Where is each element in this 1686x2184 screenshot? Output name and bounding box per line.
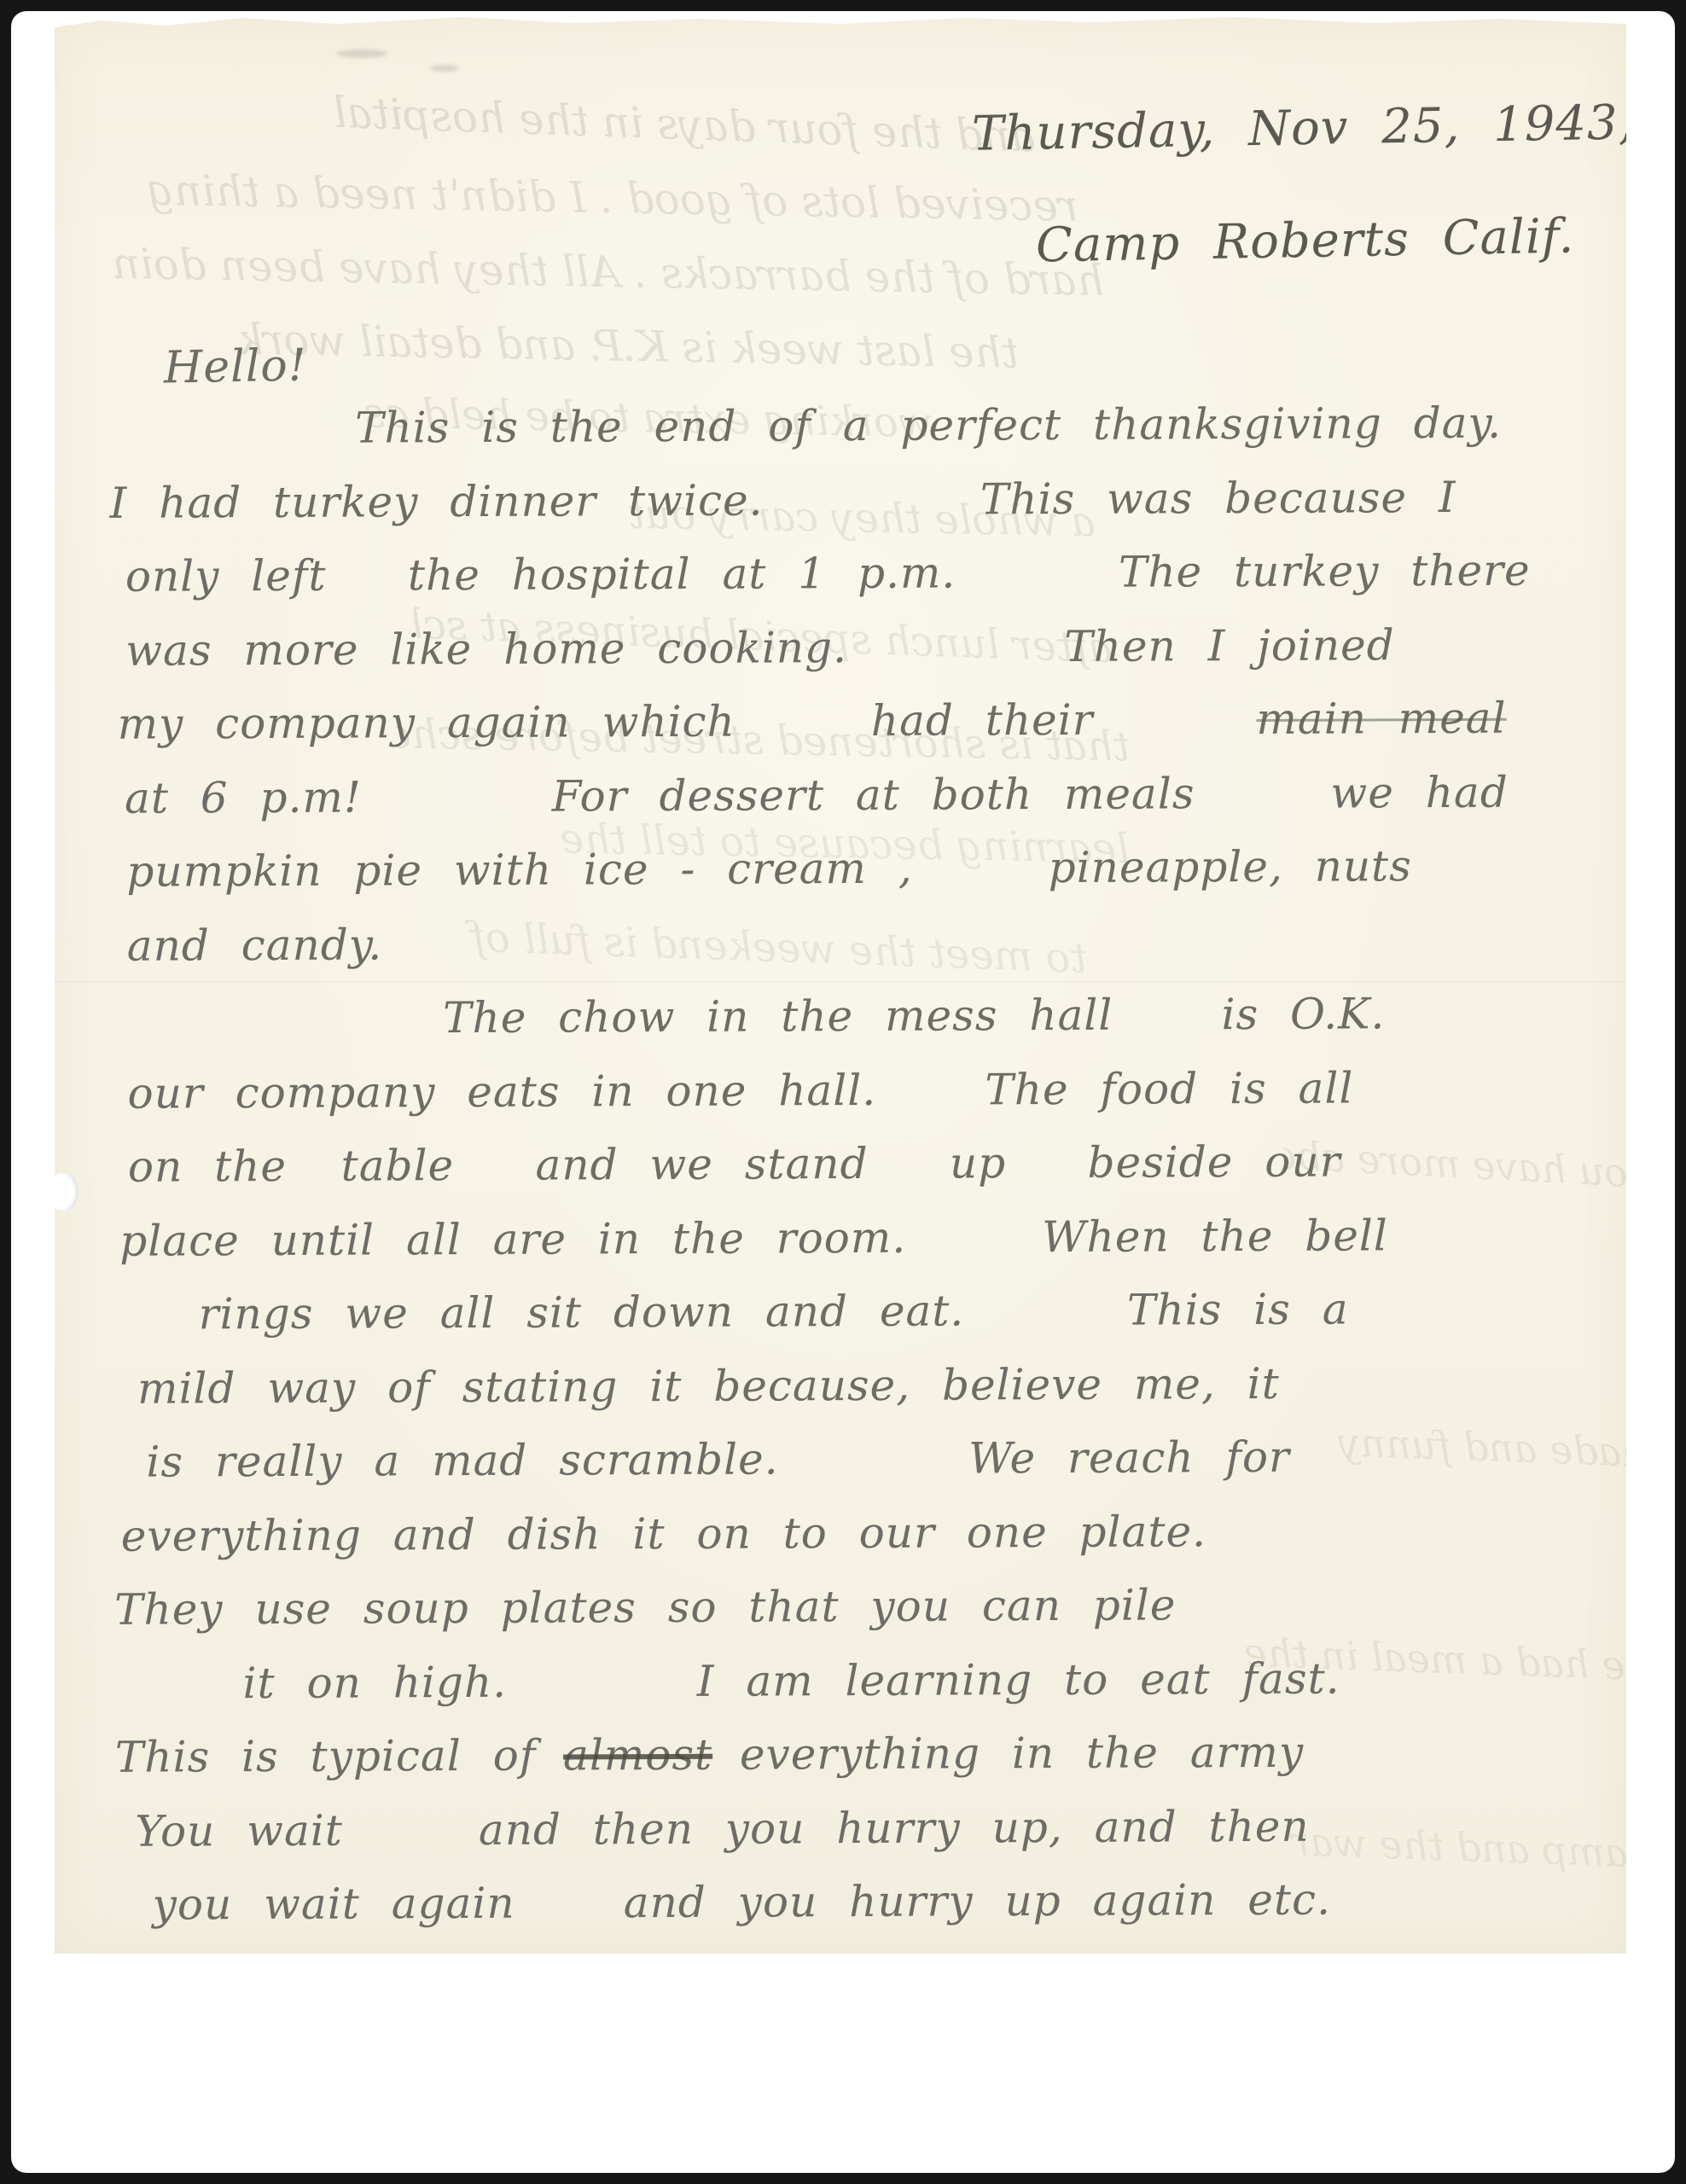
letter-text: only left [125,551,327,601]
letter-greeting: Hello! [163,340,307,394]
letter-text: pumpkin pie with ice - cream , [126,844,912,897]
letter-line: everything and dish it on to our one pla… [121,1505,1611,1585]
letter-text: my company again which [118,697,735,749]
letter-text: This is typical of [115,1731,537,1782]
letter-text: is O.K. [1221,989,1385,1039]
letter-place: Camp Roberts Calif. [1035,208,1574,273]
letter-text: everything and dish it on to our one pla… [121,1507,1206,1561]
letter-line: I had turkey dinner twice.This was becau… [109,472,1606,552]
letter-text: beside our [1087,1137,1340,1188]
letter-paper: and the four days in the hospitalreceive… [55,15,1626,1954]
bleedthrough-fragment: received lots of good . I didn't need a … [123,165,1079,231]
letter-line: This is typical ofalmosteverything in th… [115,1726,1612,1806]
letter-line: our company eats in one hall.The food is… [127,1062,1608,1142]
letter-line: it on high.I am learning to eat fast. [242,1653,1611,1732]
letter-text: we had [1330,767,1509,817]
letter-text: and we stand [535,1139,868,1190]
letter-body: This is the end of a perfect thanksgivin… [109,398,1613,1954]
pencil-smudge [430,65,459,72]
letter-line: You waitand then you hurry up, and then [135,1800,1612,1880]
letter-text: This is the end of a perfect thanksgivin… [355,398,1502,453]
letter-text: and candy. [127,920,383,970]
letter-text: on the [128,1141,287,1192]
pencil-smudge [336,49,387,58]
letter-text: rings we all sit down and eat. [199,1286,965,1339]
letter-text: For dessert at both meals [552,769,1195,821]
letter-text: This was because I [980,472,1456,523]
letter-line: at 6 p.m!For dessert at both mealswe had [125,767,1608,847]
letter-text: table [341,1141,455,1191]
letter-text: everything in the army [740,1728,1304,1780]
letter-text: at 6 p.m! [125,772,362,822]
letter-text: is really a mad scramble. [146,1434,778,1486]
scanned-letter-page: and the four days in the hospitalreceive… [0,0,1686,2184]
letter-line: you wait againand you hurry up again etc… [153,1873,1613,1954]
letter-text: our company eats in one hall. [127,1065,876,1118]
letter-text: This is a [1127,1285,1349,1335]
letter-text: When the bell [1042,1211,1388,1262]
letter-text: was more like home cooking. [125,623,847,676]
letter-text: and then you hurry up, and then [479,1801,1310,1854]
letter-text: pineapple, nuts [1049,841,1412,892]
letter-text: We reach for [968,1432,1290,1484]
letter-line: only leftthe hospital at 1 p.m.The turke… [125,545,1607,625]
letter-line: and candy. [127,915,1608,995]
letter-text: They use soup plates so that you can pil… [114,1580,1176,1634]
letter-line: rings we all sit down and eat.This is a [199,1283,1610,1363]
letter-line: mild way of stating it because, believe … [137,1357,1610,1438]
letter-text: I am learning to eat fast. [697,1653,1340,1705]
letter-text: had their [871,695,1094,746]
letter-line: They use soup plates so that you can pil… [114,1578,1611,1658]
bleedthrough-fragment: and the four days in the hospital [131,81,1036,162]
letter-text: Then I joined [1064,620,1395,671]
struck-word: almost [563,1730,712,1780]
letter-text: and you hurry up again etc. [624,1875,1331,1928]
letter-text: up [950,1138,1006,1188]
letter-line: The chow in the mess hallis O.K. [443,988,1608,1066]
letter-line: This is the end of a perfect thanksgivin… [355,398,1606,477]
letter-line: pumpkin pie with ice - cream ,pineapple,… [126,840,1608,921]
letter-text: the hospital at 1 p.m. [408,549,956,601]
letter-text: place until all are in the room. [119,1212,906,1265]
bleedthrough-fragment: hard of the barracks . All they have bee… [114,239,1105,305]
letter-text: The food is all [985,1063,1353,1114]
letter-line: on thetableand we standupbeside our [128,1136,1609,1216]
letter-date: Thursday, Nov 25, 1943, [971,95,1634,162]
letter-line: is really a mad scramble.We reach for [146,1431,1610,1511]
letter-text: The turkey there [1119,546,1531,597]
letter-text: mild way of stating it because, believe … [137,1358,1280,1413]
letter-line: my company again whichhad theirmain meal [118,693,1608,773]
letter-text: it on high. [242,1657,507,1707]
letter-line: was more like home cooking.Then I joined [125,619,1607,700]
letter-text: you wait again [153,1879,515,1930]
struck-word: main meal [1256,694,1506,744]
letter-line: place until all are in the room.When the… [119,1210,1609,1290]
letter-text: I had turkey dinner twice. [109,475,763,527]
letter-text: You wait [135,1805,343,1856]
letter-text: The chow in the mess hall [443,990,1113,1043]
